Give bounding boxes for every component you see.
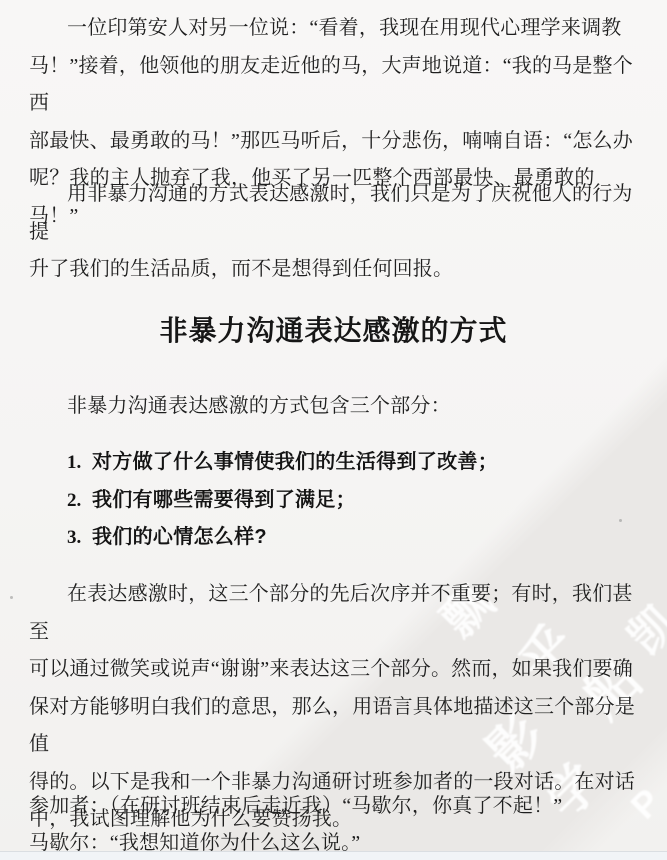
appreciation-list: 1. 对方做了什么事情使我们的生活得到了改善； 2. 我们有哪些需要得到了满足；… xyxy=(67,444,637,557)
list-item-number: 2. xyxy=(67,482,85,520)
gratitude-paragraph: 用非暴力沟通的方式表达感激时，我们只是为了庆祝他人的行为提 升了我们的生活品质，… xyxy=(29,176,635,289)
list-item-text: 我们有哪些需要得到了满足； xyxy=(92,482,356,520)
list-item: 1. 对方做了什么事情使我们的生活得到了改善； xyxy=(67,444,637,482)
list-intro: 非暴力沟通表达感激的方式包含三个部分： xyxy=(29,388,635,426)
dialogue-line-participant: 参加者：（在研讨班结束后走近我）“马歇尔，你真了不起！” xyxy=(29,788,649,826)
page-bottom-edge xyxy=(0,851,667,860)
list-item-text: 我们的心情怎么样? xyxy=(92,519,267,557)
section-heading: 非暴力沟通表达感激的方式 xyxy=(0,313,667,349)
list-item-number: 3. xyxy=(67,519,85,557)
list-item-number: 1. xyxy=(67,444,85,482)
list-item: 3. 我们的心情怎么样? xyxy=(67,519,637,557)
book-page: 飘 乎 船 影 学 凯 P 一位印第安人对另一位说：“看着，我现在用现代心理学来… xyxy=(0,0,667,860)
scan-speck xyxy=(619,519,622,522)
list-item-text: 对方做了什么事情使我们的生活得到了改善； xyxy=(92,444,498,482)
scan-speck xyxy=(10,596,13,599)
list-item: 2. 我们有哪些需要得到了满足； xyxy=(67,482,637,520)
